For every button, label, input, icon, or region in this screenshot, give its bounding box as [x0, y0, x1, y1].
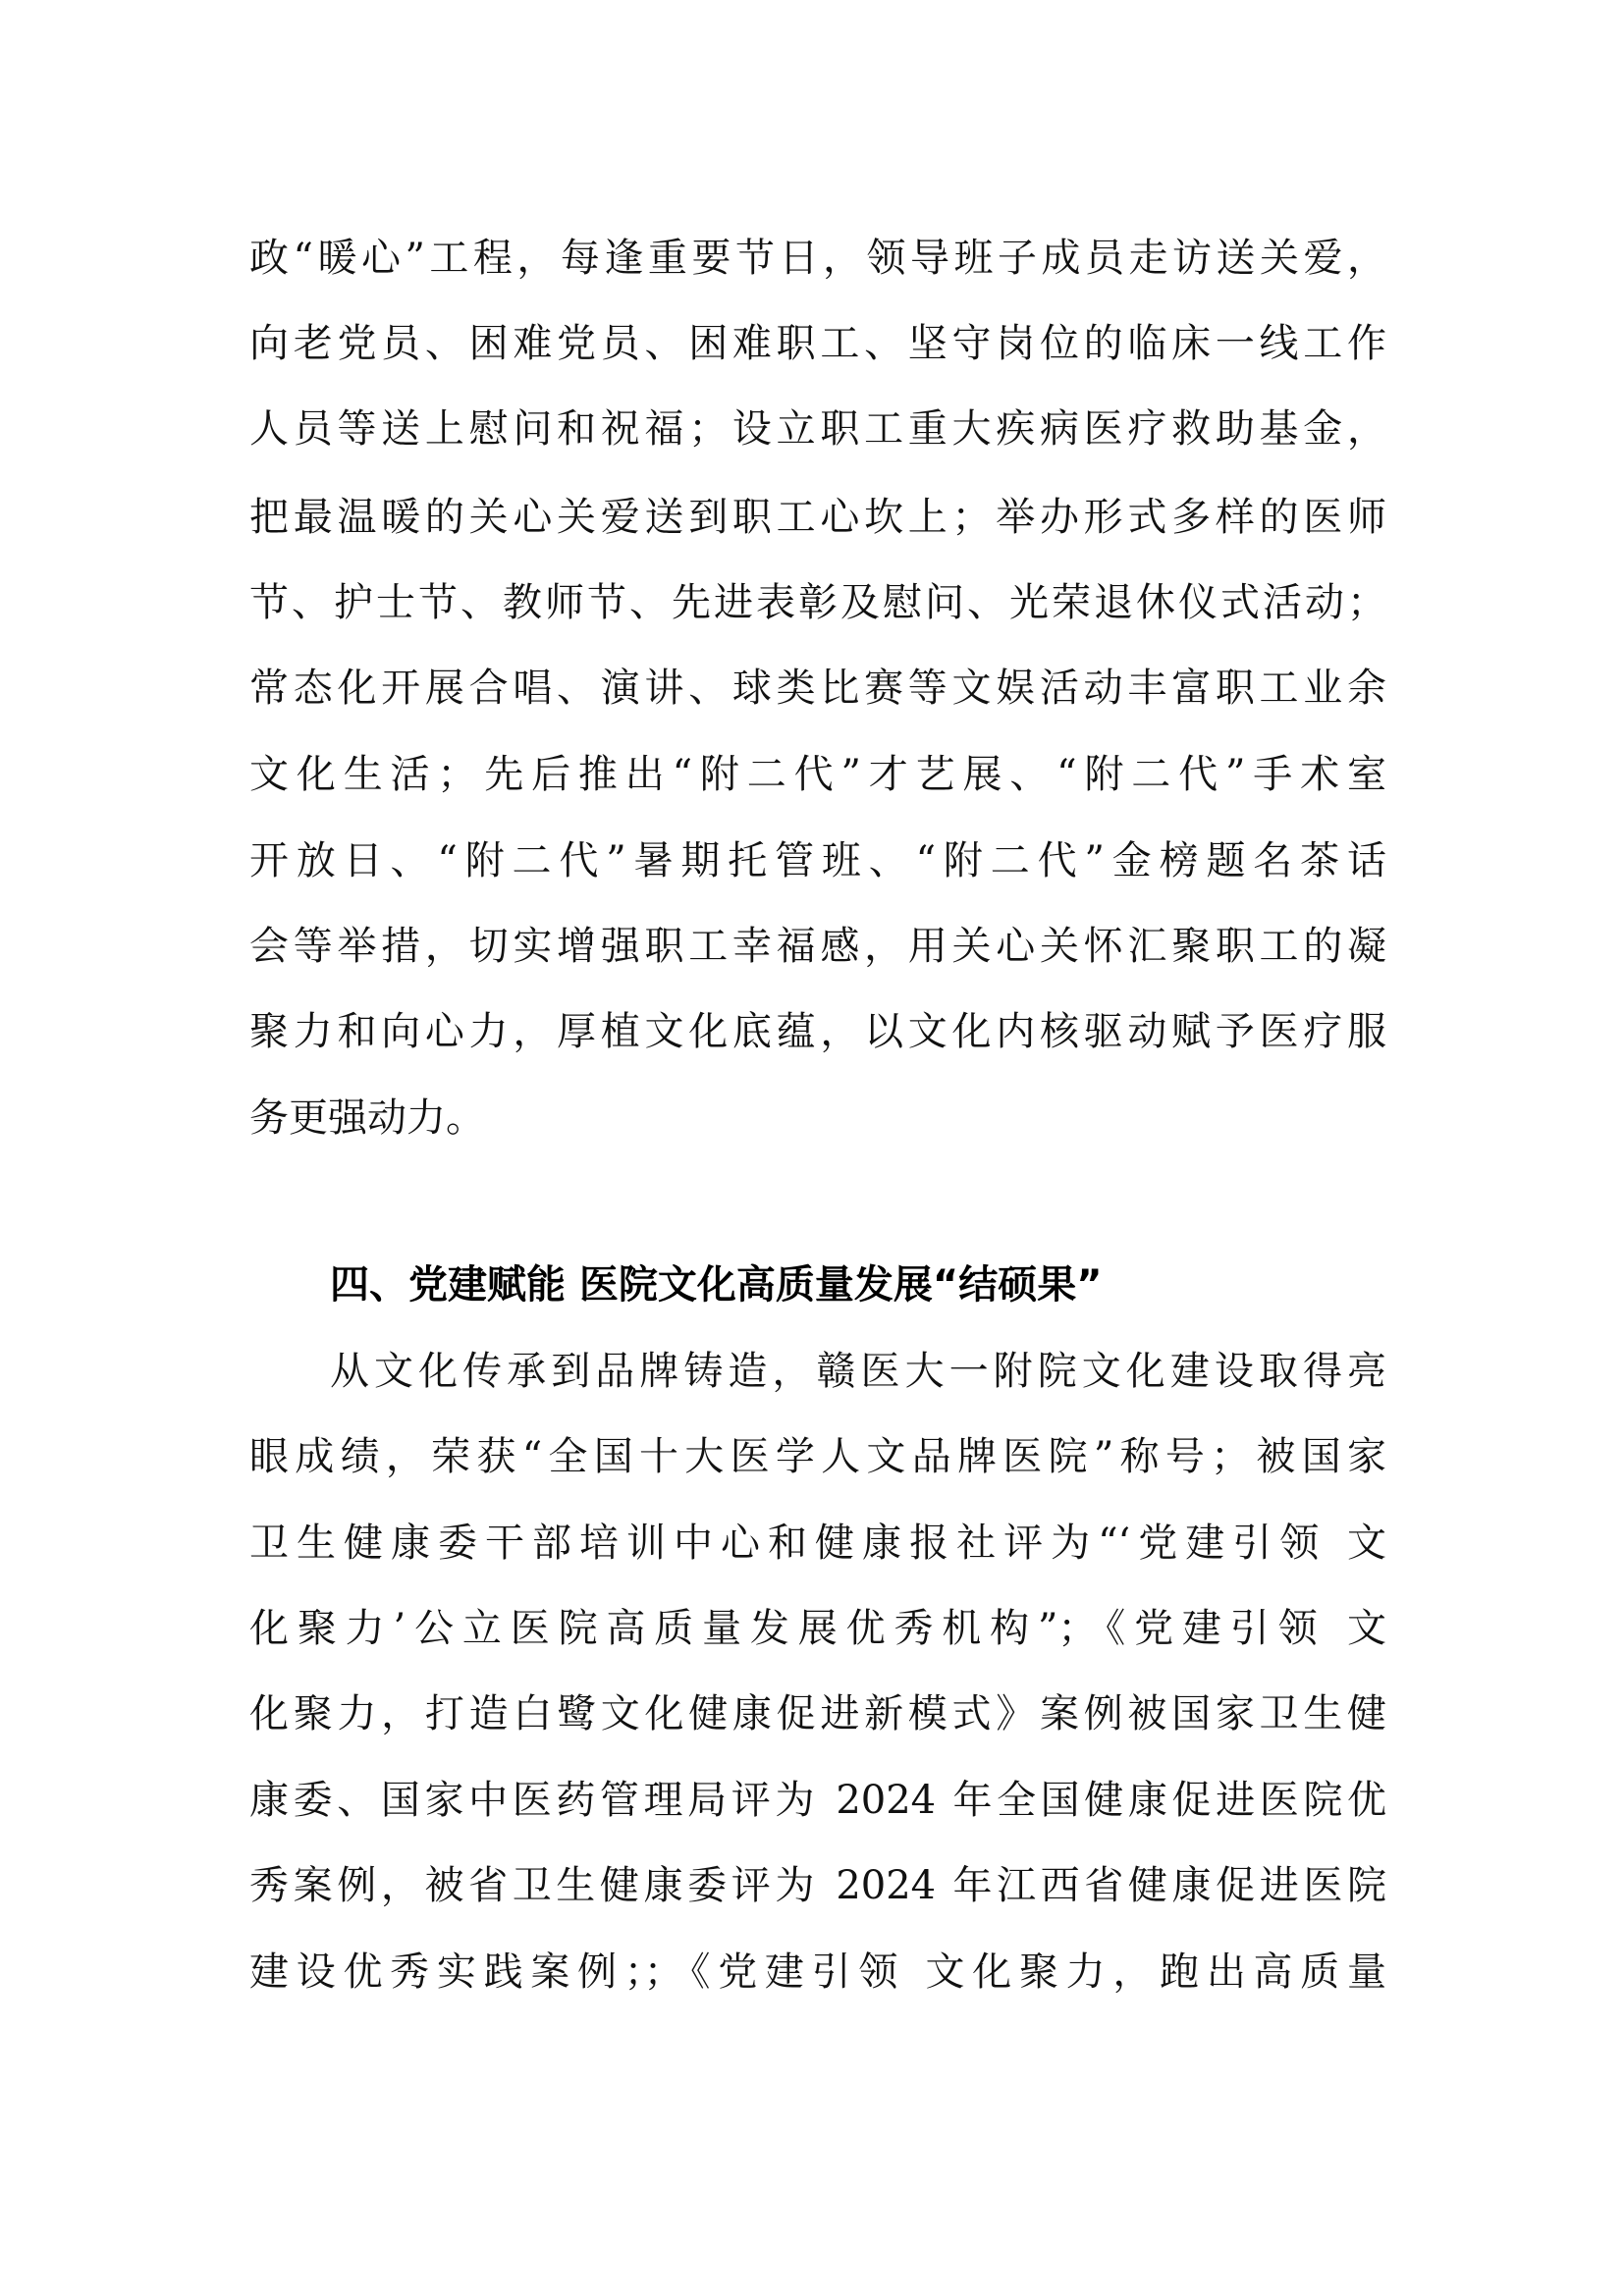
text-line: 眼成绩，荣获“全国十大医学人文品牌医院”称号；被国家	[249, 1427, 1386, 1486]
text-line: 卫生健康委干部培训中心和健康报社评为“‘党建引领 文	[249, 1514, 1386, 1573]
text-line: 把最温暖的关心关爱送到职工心坎上；举办形式多样的医师	[249, 488, 1386, 547]
text-line: 化聚力’公立医院高质量发展优秀机构”；《党建引领 文	[249, 1599, 1386, 1658]
text-line: 从文化传承到品牌铸造，赣医大一附院文化建设取得亮	[330, 1342, 1386, 1401]
text-line: 节、护士节、教师节、先进表彰及慰问、光荣退休仪式活动；	[249, 573, 1386, 632]
text-line: 建设优秀实践案例；；《党建引领 文化聚力，跑出高质量	[249, 1943, 1386, 2002]
text-line: 政“暖心”工程，每逢重要节日，领导班子成员走访送关爱，	[249, 229, 1386, 288]
text-line: 人员等送上慰问和祝福；设立职工重大疾病医疗救助基金，	[249, 400, 1386, 458]
text-line: 常态化开展合唱、演讲、球类比赛等文娱活动丰富职工业余	[249, 659, 1386, 718]
text-line: 文化生活；先后推出“附二代”才艺展、“附二代”手术室	[249, 745, 1386, 804]
text-line: 康委、国家中医药管理局评为 2024 年全国健康促进医院优	[249, 1771, 1386, 1830]
text-line: 聚力和向心力，厚植文化底蕴，以文化内核驱动赋予医疗服	[249, 1002, 1386, 1061]
text-line: 务更强动力。	[249, 1089, 1386, 1148]
text-line: 化聚力，打造白鹭文化健康促进新模式》案例被国家卫生健	[249, 1684, 1386, 1743]
section-heading: 四、党建赋能 医院文化高质量发展“结硕果”	[330, 1255, 1103, 1314]
text-line: 会等举措，切实增强职工幸福感，用关心关怀汇聚职工的凝	[249, 917, 1386, 976]
document-page: 政“暖心”工程，每逢重要节日，领导班子成员走访送关爱， 向老党员、困难党员、困难…	[0, 0, 1624, 2296]
text-line: 开放日、“附二代”暑期托管班、“附二代”金榜题名茶话	[249, 831, 1386, 890]
text-line: 向老党员、困难党员、困难职工、坚守岗位的临床一线工作	[249, 314, 1386, 373]
text-line: 秀案例，被省卫生健康委评为 2024 年江西省健康促进医院	[249, 1856, 1386, 1915]
